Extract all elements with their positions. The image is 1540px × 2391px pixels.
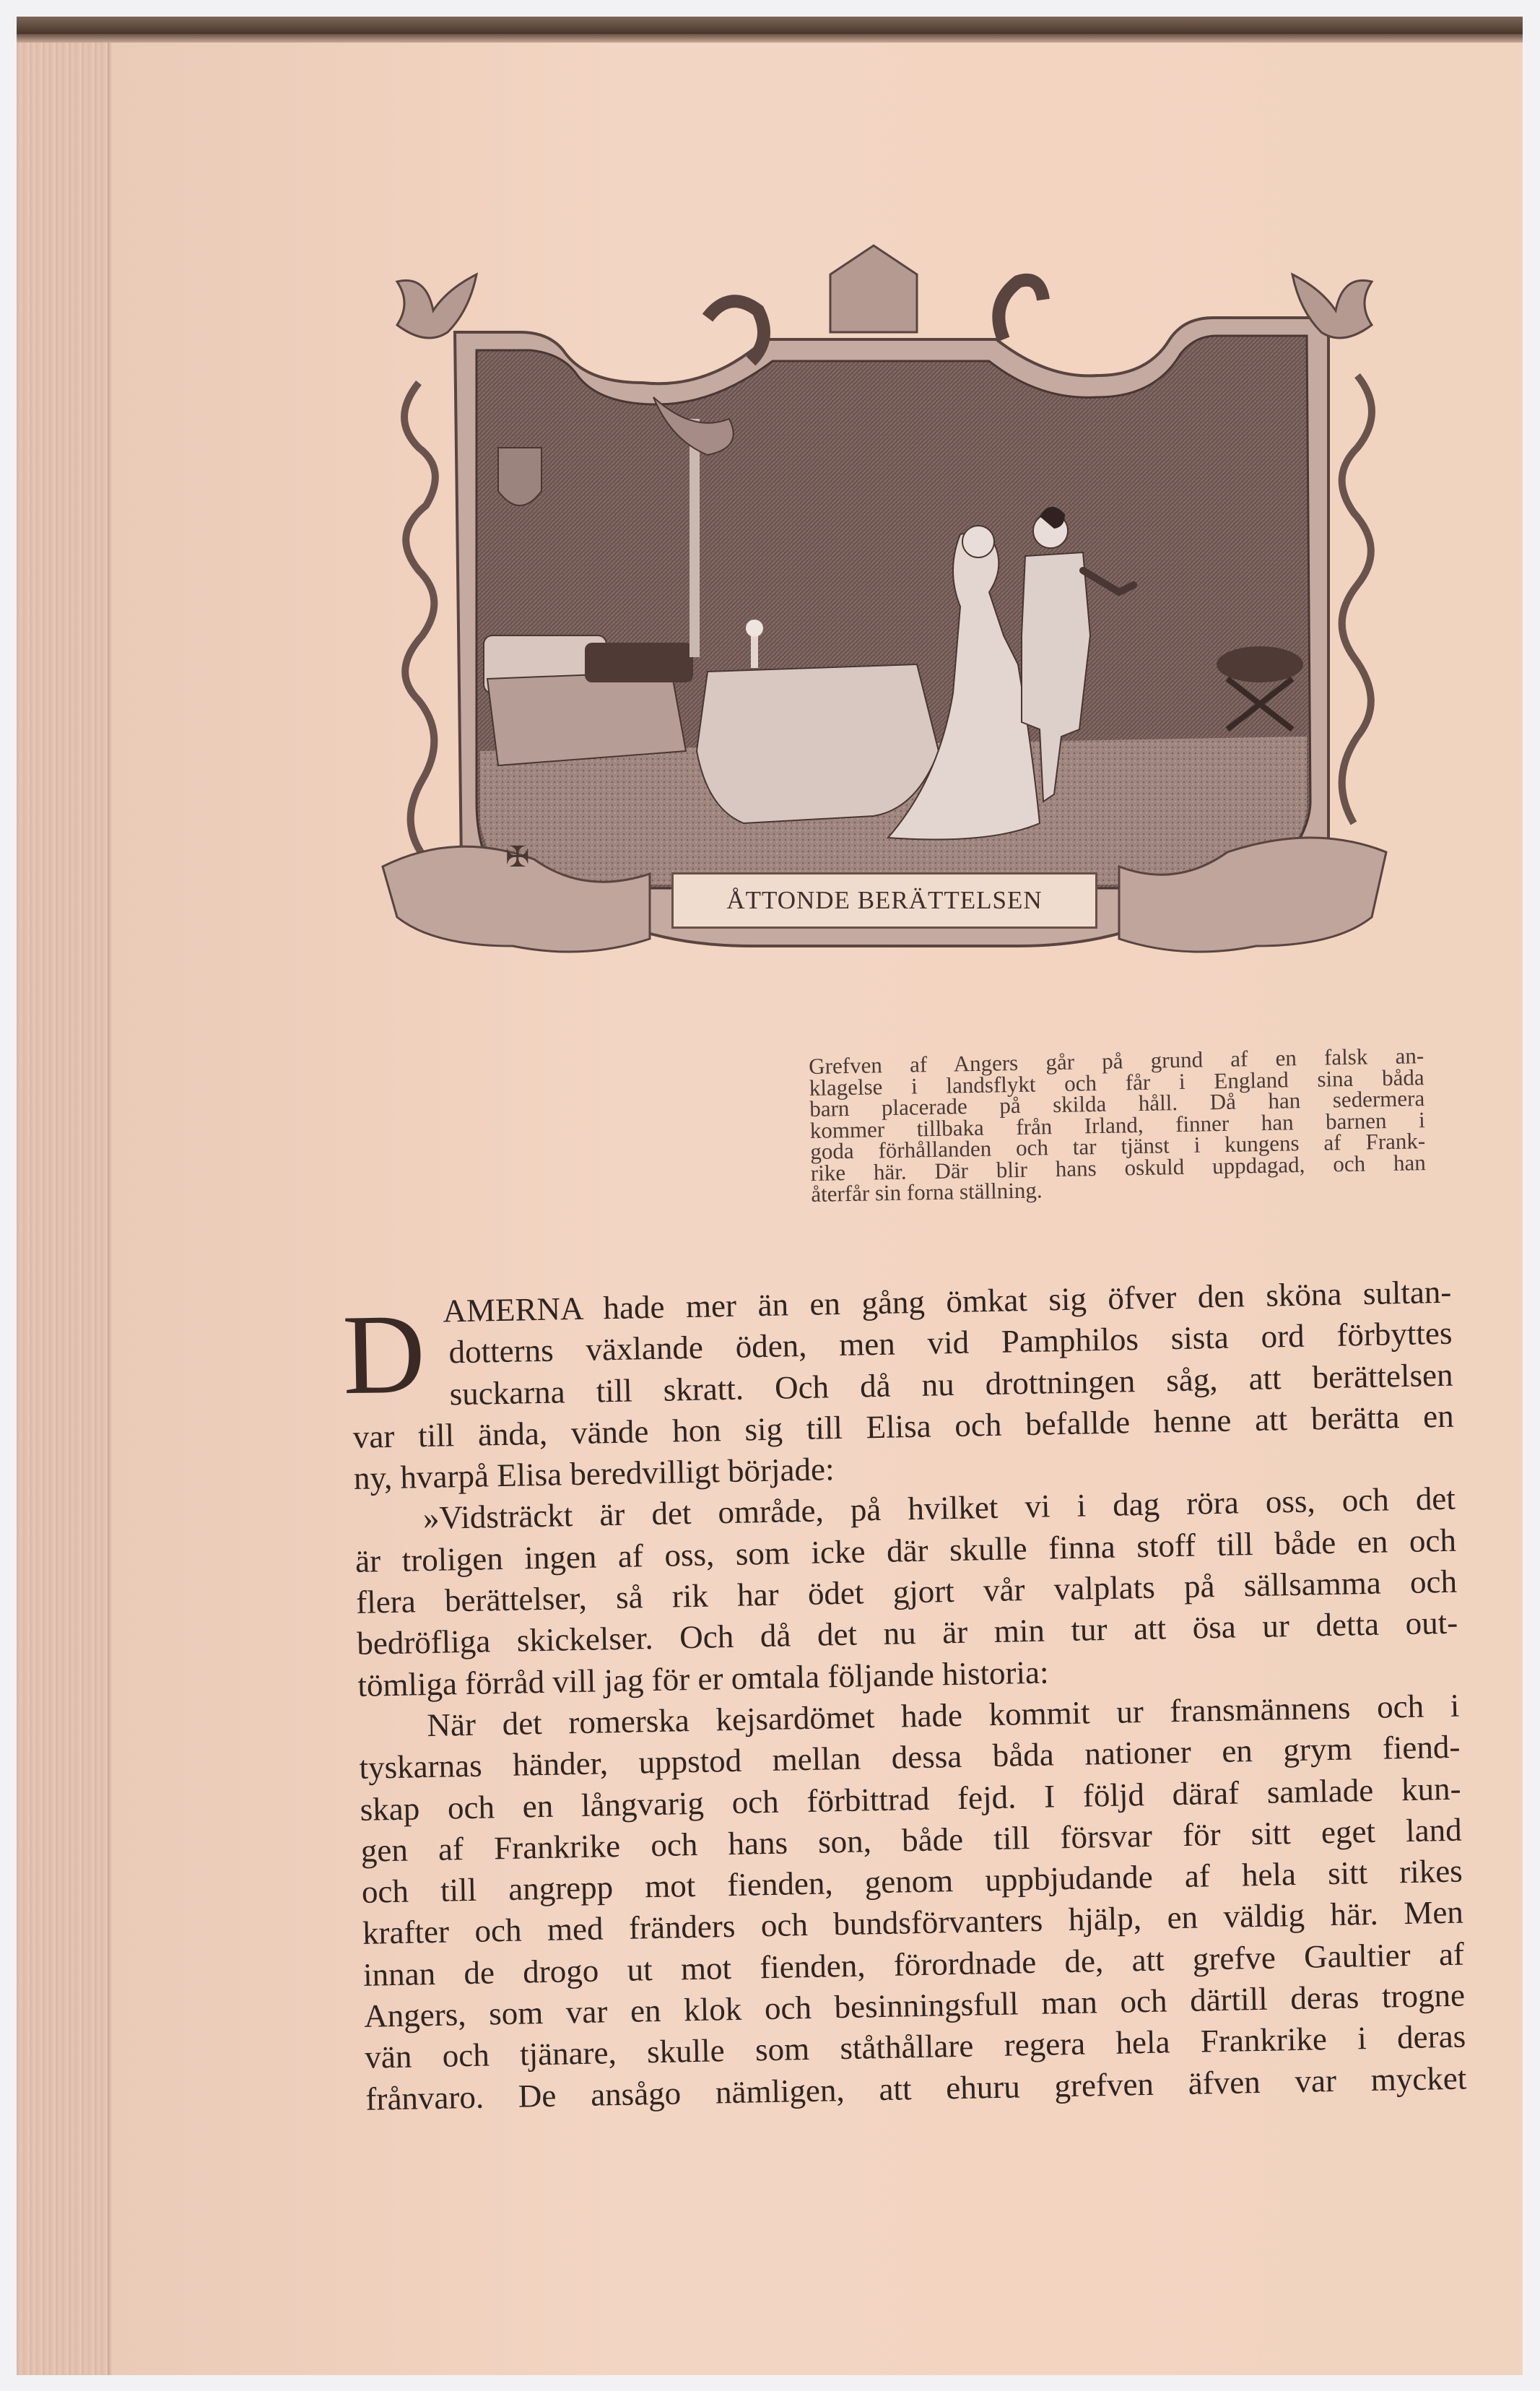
wall-shield — [498, 448, 541, 505]
chapter-title-banner: ÅTTONDE BERÄTTELSEN — [671, 872, 1097, 929]
scroll-left — [404, 383, 435, 859]
page-edge-line — [108, 43, 112, 2375]
serpent-left — [708, 301, 764, 361]
book-binding-top — [17, 17, 1523, 34]
serpent-right — [999, 280, 1043, 339]
scroll-right — [1342, 376, 1372, 823]
chapter-title: ÅTTONDE BERÄTTELSEN — [726, 886, 1042, 915]
artist-monogram: ✠ — [505, 841, 530, 873]
page-stack-edges — [17, 43, 112, 2375]
gothic-arch-ornament — [830, 246, 917, 332]
drop-cap: D — [342, 1297, 426, 1413]
body-text: D AMERNA hade mer än en gång ömkat sig ö… — [350, 1272, 1467, 2120]
draped-table — [697, 664, 939, 823]
book-binding-edge — [17, 34, 1523, 43]
fleur-de-lis-top-left — [397, 274, 477, 338]
chapter-summary: Grefven af Angers går på grund af en fal… — [809, 1045, 1426, 1205]
chapter-illustration: ✠ ÅTTONDE BERÄTTELSEN — [368, 231, 1401, 997]
